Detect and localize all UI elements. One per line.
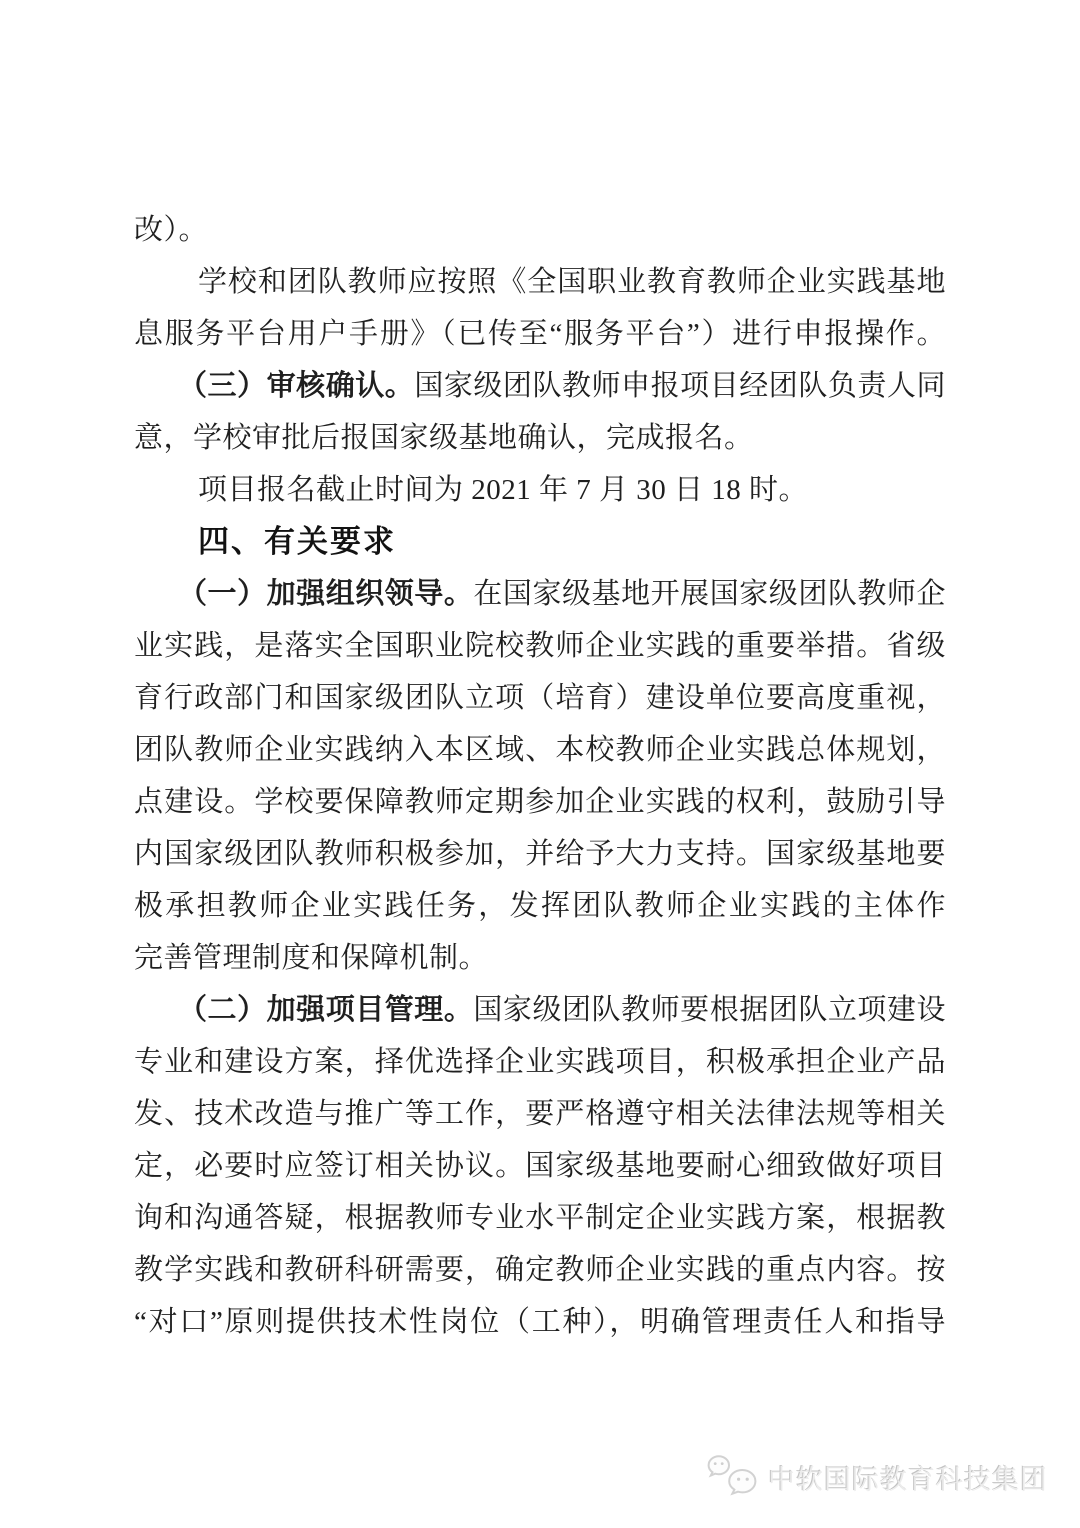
paragraph-line: “对口”原则提供技术性岗位（工种），明确管理责任人和指导 — [134, 1296, 946, 1348]
text-segment: 息服务平台用户手册》（已传至“服务平台”）进行申报操作。 — [134, 318, 946, 350]
wechat-icon — [706, 1454, 758, 1500]
paragraph-tail-line: 改）。 — [134, 204, 946, 256]
section-heading: 四、有关要求 — [134, 516, 946, 568]
text-segment: 点建设。学校要保障教师定期参加企业实践的权利，鼓励引导域 — [134, 786, 946, 828]
paragraph-line: 息服务平台用户手册》（已传至“服务平台”）进行申报操作。 — [134, 308, 946, 360]
paragraph-line: 专业和建设方案，择优选择企业实践项目，积极承担企业产品研 — [134, 1036, 946, 1088]
text-segment: 业实践，是落实全国职业院校教师企业实践的重要举措。省级教 — [134, 630, 946, 672]
text-segment: 改）。 — [134, 214, 208, 246]
paragraph-line: （一）加强组织领导。在国家级基地开展国家级团队教师企 — [134, 568, 946, 620]
text-segment: 询和沟通答疑，根据教师专业水平制定企业实践方案，根据教师 — [134, 1202, 946, 1244]
text-segment: 内国家级团队教师积极参加，并给予大力支持。国家级基地要积 — [134, 838, 946, 880]
text-segment: 在国家级基地开展国家级团队教师企 — [473, 578, 946, 610]
text-segment: 意，学校审批后报国家级基地确认，完成报名。 — [134, 422, 754, 454]
document-body: 改）。学校和团队教师应按照《全国职业教育教师企业实践基地信息服务平台用户手册》（… — [134, 204, 946, 1348]
paragraph-lead-emphasis: （二）加强项目管理。 — [178, 994, 473, 1026]
text-segment: 定，必要时应签订相关协议。国家级基地要耐心细致做好项目咨 — [134, 1150, 946, 1192]
paragraph-tail-line: 意，学校审批后报国家级基地确认，完成报名。 — [134, 412, 946, 464]
text-segment: 国家级团队教师申报项目经团队负责人同 — [414, 370, 946, 402]
paragraph-line: 定，必要时应签订相关协议。国家级基地要耐心细致做好项目咨 — [134, 1140, 946, 1192]
paragraph-tail-line: 完善管理制度和保障机制。 — [134, 932, 946, 984]
text-segment: 专业和建设方案，择优选择企业实践项目，积极承担企业产品研 — [134, 1046, 946, 1088]
text-segment: 团队教师企业实践纳入本区域、本校教师企业实践总体规划，重 — [134, 734, 946, 776]
text-segment: 发、技术改造与推广等工作，要严格遵守相关法律法规等相关规 — [134, 1098, 946, 1140]
text-segment: “对口”原则提供技术性岗位（工种），明确管理责任人和指导 — [134, 1306, 946, 1338]
paragraph-line: （三）审核确认。国家级团队教师申报项目经团队负责人同 — [134, 360, 946, 412]
paragraph-lead-emphasis: （三）审核确认。 — [178, 370, 414, 402]
paragraph-line: （二）加强项目管理。国家级团队教师要根据团队立项建设 — [134, 984, 946, 1036]
paragraph-line: 询和沟通答疑，根据教师专业水平制定企业实践方案，根据教师 — [134, 1192, 946, 1244]
text-segment: 项目报名截止时间为 2021 年 7 月 30 日 18 时。 — [198, 474, 808, 506]
text-segment: 国家级团队教师要根据团队立项建设 — [473, 994, 946, 1026]
brand-text: 中软国际教育科技集团 — [768, 1458, 1048, 1497]
text-segment: 教学实践和教研科研需要，确定教师企业实践的重点内容。按照 — [134, 1254, 946, 1296]
paragraph-line: 教学实践和教研科研需要，确定教师企业实践的重点内容。按照 — [134, 1244, 946, 1296]
paragraph-line: 内国家级团队教师积极参加，并给予大力支持。国家级基地要积 — [134, 828, 946, 880]
paragraph-line: 极承担教师企业实践任务，发挥团队教师企业实践的主体作用， — [134, 880, 946, 932]
paragraph-lead-emphasis: （一）加强组织领导。 — [178, 578, 473, 610]
brand-watermark: 中软国际教育科技集团 — [706, 1452, 1048, 1502]
paragraph-line: 点建设。学校要保障教师定期参加企业实践的权利，鼓励引导域 — [134, 776, 946, 828]
text-segment: 四、有关要求 — [198, 524, 396, 559]
text-segment: 育行政部门和国家级团队立项（培育）建设单位要高度重视，将 — [134, 682, 946, 724]
text-segment: 完善管理制度和保障机制。 — [134, 942, 488, 974]
paragraph-line: 业实践，是落实全国职业院校教师企业实践的重要举措。省级教 — [134, 620, 946, 672]
paragraph-line: 团队教师企业实践纳入本区域、本校教师企业实践总体规划，重 — [134, 724, 946, 776]
paragraph-line: 发、技术改造与推广等工作，要严格遵守相关法律法规等相关规 — [134, 1088, 946, 1140]
paragraph-line: 学校和团队教师应按照《全国职业教育教师企业实践基地信 — [134, 256, 946, 308]
text-segment: 极承担教师企业实践任务，发挥团队教师企业实践的主体作用， — [134, 890, 946, 932]
text-segment: 学校和团队教师应按照《全国职业教育教师企业实践基地信 — [134, 266, 946, 308]
document-page: { "page": { "background": "#ffffff", "te… — [0, 0, 1080, 1528]
paragraph-line: 项目报名截止时间为 2021 年 7 月 30 日 18 时。 — [134, 464, 946, 516]
paragraph-line: 育行政部门和国家级团队立项（培育）建设单位要高度重视，将 — [134, 672, 946, 724]
